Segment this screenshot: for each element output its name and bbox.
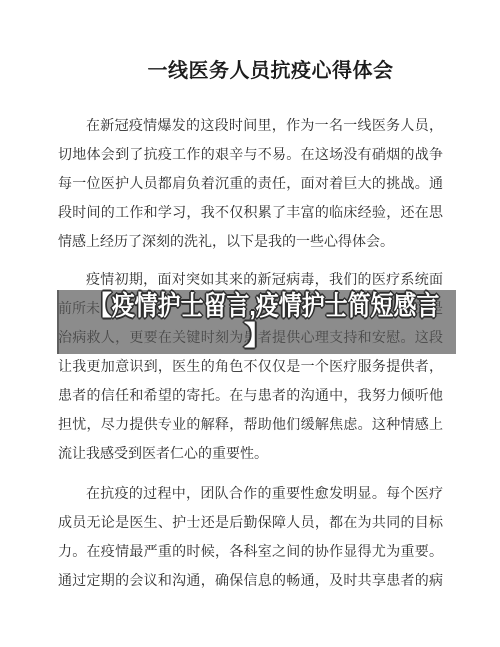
- text-line: 成员无论是医生、护士还是后勤保障人员，都在为共同的目标而努: [58, 509, 443, 538]
- text-line: 在新冠疫情爆发的这段时间里，作为一名一线医务人员，我深: [58, 112, 443, 141]
- text-line: 情感上经历了深刻的洗礼，以下是我的一些心得体会。: [58, 228, 443, 257]
- text-line: 切地体会到了抗疫工作的艰辛与不易。在这场没有硝烟的战争中，: [58, 141, 443, 170]
- document-body: 在新冠疫情爆发的这段时间里，作为一名一线医务人员，我深 切地体会到了抗疫工作的艰…: [58, 112, 443, 596]
- document-title: 一线医务人员抗疫心得体会: [58, 58, 443, 85]
- paragraph-3: 在抗疫的过程中，团队合作的重要性愈发明显。每个医疗团队 成员无论是医生、护士还是…: [58, 480, 443, 596]
- text-line: 患者的信任和希望的寄托。在与患者的沟通中，我努力倾听他们的: [58, 382, 443, 411]
- text-line: 每一位医护人员都肩负着沉重的责任，面对着巨大的挑战。通过这: [58, 170, 443, 199]
- paragraph-1: 在新冠疫情爆发的这段时间里，作为一名一线医务人员，我深 切地体会到了抗疫工作的艰…: [58, 112, 443, 257]
- watermark-banner-text: 【疫情护士留言,疫情护士简短感言: [89, 291, 426, 321]
- watermark-banner-text-closing-bracket: 】: [59, 321, 456, 351]
- text-line: 让我更加意识到，医生的角色不仅仅是一个医疗服务提供者，更是: [58, 353, 443, 382]
- text-line: 力。在疫情最严重的时候，各科室之间的协作显得尤为重要。我们: [58, 538, 443, 567]
- text-line: 段时间的工作和学习，我不仅积累了丰富的临床经验，还在思想和: [58, 199, 443, 228]
- document-page: 一线医务人员抗疫心得体会 在新冠疫情爆发的这段时间里，作为一名一线医务人员，我深…: [0, 0, 500, 647]
- text-line: 在抗疫的过程中，团队合作的重要性愈发明显。每个医疗团队: [58, 480, 443, 509]
- text-line: 流让我感受到医者仁心的重要性。: [58, 440, 443, 469]
- text-line: 担忧，尽力提供专业的解释，帮助他们缓解焦虑。这种情感上的交: [58, 411, 443, 440]
- text-line: 通过定期的会议和沟通，确保信息的畅通，及时共享患者的病情和: [58, 567, 443, 596]
- watermark-banner-overlay: 【疫情护士留言,疫情护士简短感言 】: [57, 290, 456, 354]
